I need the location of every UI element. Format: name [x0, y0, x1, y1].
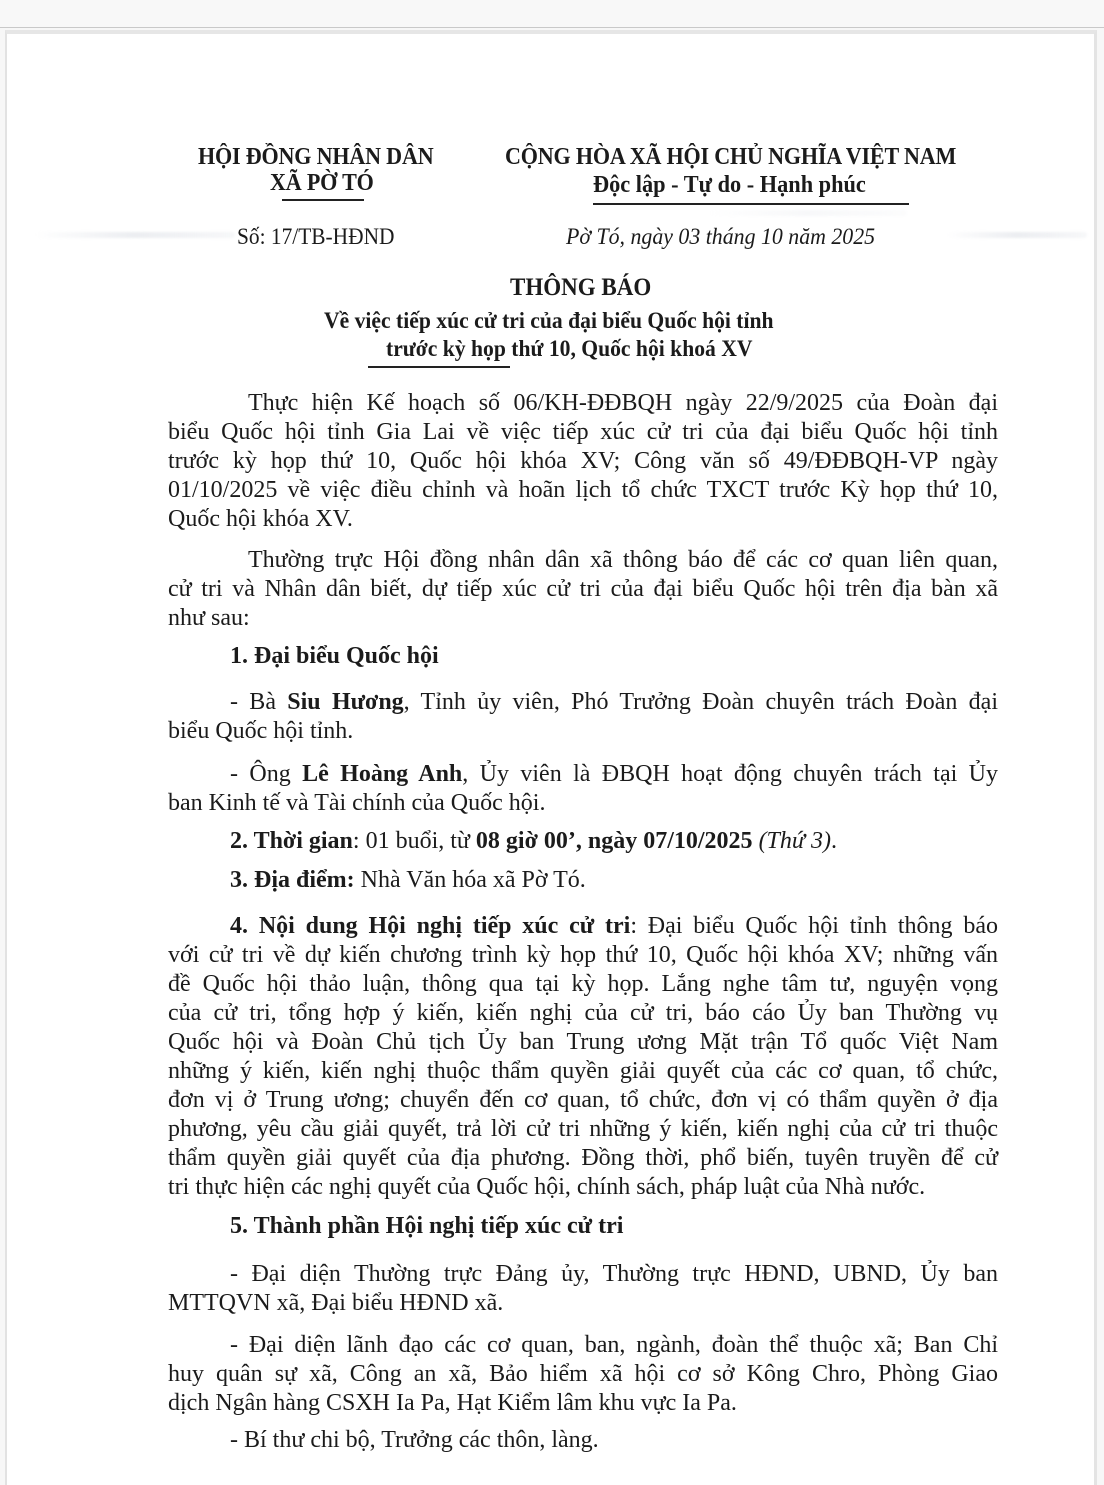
participant-line: dịch Ngân hàng CSXH Ia Pa, Hạt Kiểm lâm … — [168, 1389, 998, 1418]
section-2-time: 2. Thời gian: 01 buổi, từ 08 giờ 00’, ng… — [230, 828, 837, 855]
section-5-heading: 5. Thành phần Hội nghị tiếp xúc cử tri — [230, 1213, 623, 1240]
delegate-2-line2: ban Kinh tế và Tài chính của Quốc hội. — [168, 789, 998, 818]
meeting-location: Nhà Văn hóa xã Pờ Tó. — [355, 867, 586, 893]
section-1-heading: 1. Đại biểu Quốc hội — [230, 643, 439, 670]
national-motto: Độc lập - Tự do - Hạnh phúc — [593, 172, 866, 199]
section-4-line: đề Quốc hội thảo luận, thông qua tại kỳ … — [168, 970, 998, 999]
participant-group-1: - Đại diện Thường trực Đảng ủy, Thường t… — [168, 1260, 998, 1318]
delegate-name: Siu Hương — [287, 689, 403, 715]
viewer-top-bar — [0, 0, 1104, 28]
section-4-line: Quốc hội và Đoàn Chủ tịch Ủy ban Trung ư… — [168, 1028, 998, 1057]
delegate-title: - Ông — [230, 761, 302, 787]
document-title: THÔNG BÁO — [510, 274, 651, 302]
issuing-authority-line1: HỘI ĐỒNG NHÂN DÂN — [198, 144, 433, 171]
bleed-through-mark — [35, 232, 235, 238]
participant-line: - Đại diện lãnh đạo các cơ quan, ban, ng… — [168, 1331, 998, 1360]
notice-line: Thường trực Hội đồng nhân dân xã thông b… — [168, 546, 998, 575]
section-4-line: của cử tri, tổng hợp ý kiến, kiến nghị c… — [168, 999, 998, 1028]
notice-line: như sau: — [168, 604, 998, 633]
intro-line: biểu Quốc hội tỉnh Gia Lai về việc tiếp … — [168, 418, 998, 447]
section-4-line: những ý kiến, kiến nghị thuộc thẩm quyền… — [168, 1057, 998, 1086]
participant-line: MTTQVN xã, Đại biểu HĐND xã. — [168, 1289, 998, 1318]
section-4-line: tri thực hiện các nghị quyết của Quốc hộ… — [168, 1173, 998, 1202]
section-4-line1-text: : Đại biểu Quốc hội tỉnh thông báo — [630, 913, 998, 939]
section-1-heading-text: 1. Đại biểu Quốc hội — [230, 643, 439, 669]
section-5-heading-text: 5. Thành phần Hội nghị tiếp xúc cử tri — [230, 1213, 623, 1239]
place-and-date: Pờ Tó, ngày 03 tháng 10 năm 2025 — [566, 224, 875, 250]
document-number: Số: 17/TB-HĐND — [237, 224, 394, 250]
section-4-line: với cử tri về dự kiến chương trình kỳ họ… — [168, 941, 998, 970]
section-4-line: đơn vị ở Trung ương; chuyển đến cơ quan,… — [168, 1086, 998, 1115]
title-underline — [368, 366, 510, 368]
section-4-label: 4. Nội dung Hội nghị tiếp xúc cử tri — [230, 913, 630, 939]
participant-line: - Bí thư chi bộ, Trưởng các thôn, làng. — [168, 1426, 998, 1455]
participant-line: huy quân sự xã, Công an xã, Bảo hiểm xã … — [168, 1360, 998, 1389]
delegate-title: - Bà — [230, 689, 287, 715]
section-4-line: thẩm quyền giải quyết của địa phương. Đồ… — [168, 1144, 998, 1173]
bleed-through-mark — [947, 232, 1087, 238]
section-2-text: : 01 buổi, từ — [353, 828, 476, 854]
section-3-location: 3. Địa điểm: Nhà Văn hóa xã Pờ Tó. — [230, 867, 586, 894]
section-4-line: phương, yêu cầu giải quyết, trả lời cử t… — [168, 1115, 998, 1144]
notice-paragraph: Thường trực Hội đồng nhân dân xã thông b… — [168, 546, 998, 633]
participant-line: - Đại diện Thường trực Đảng ủy, Thường t… — [168, 1260, 998, 1289]
national-title: CỘNG HÒA XÃ HỘI CHỦ NGHĨA VIỆT NAM — [505, 144, 956, 171]
delegate-1: - Bà Siu Hương, Tỉnh ủy viên, Phó Trưởng… — [168, 688, 998, 746]
meeting-time: 08 giờ 00’, ngày 07/10/2025 — [476, 828, 753, 854]
intro-paragraph: Thực hiện Kế hoạch số 06/KH-ĐĐBQH ngày 2… — [168, 389, 998, 534]
bleed-through-mark — [707, 210, 907, 216]
notice-line: cử tri và Nhân dân biết, dự tiếp xúc cử … — [168, 575, 998, 604]
intro-line: trước kỳ họp thứ 10, Quốc hội khóa XV; C… — [168, 447, 998, 476]
section-4-content: 4. Nội dung Hội nghị tiếp xúc cử tri: Đạ… — [168, 912, 998, 1202]
delegate-name: Lê Hoàng Anh — [302, 761, 462, 787]
document-subtitle-line2: trước kỳ họp thứ 10, Quốc hội khoá XV — [386, 336, 752, 363]
motto-underline — [593, 203, 909, 205]
delegate-role: , Ủy viên là ĐBQH hoạt động chuyên trách… — [462, 761, 998, 787]
delegate-2-line1: - Ông Lê Hoàng Anh, Ủy viên là ĐBQH hoạt… — [168, 760, 998, 789]
delegate-1-line1: - Bà Siu Hương, Tỉnh ủy viên, Phó Trưởng… — [168, 688, 998, 717]
issuing-authority-line2: XÃ PỜ TÓ — [270, 170, 374, 197]
delegate-2: - Ông Lê Hoàng Anh, Ủy viên là ĐBQH hoạt… — [168, 760, 998, 818]
section-2-label: 2. Thời gian — [230, 828, 353, 854]
participant-group-3: - Bí thư chi bộ, Trưởng các thôn, làng. — [168, 1426, 998, 1455]
section-3-label: 3. Địa điểm: — [230, 867, 355, 893]
delegate-1-line2: biểu Quốc hội tỉnh. — [168, 717, 998, 746]
participant-group-2: - Đại diện lãnh đạo các cơ quan, ban, ng… — [168, 1331, 998, 1418]
authority-underline — [282, 199, 364, 201]
intro-line: Thực hiện Kế hoạch số 06/KH-ĐĐBQH ngày 2… — [168, 389, 998, 418]
document-subtitle-line1: Về việc tiếp xúc cử tri của đại biểu Quố… — [324, 308, 774, 335]
intro-line: 01/10/2025 về việc điều chỉnh và hoãn lị… — [168, 476, 998, 505]
intro-line: Quốc hội khóa XV. — [168, 505, 998, 534]
meeting-weekday: (Thứ 3) — [759, 828, 831, 854]
period: . — [831, 828, 837, 854]
section-4-line1: 4. Nội dung Hội nghị tiếp xúc cử tri: Đạ… — [168, 912, 998, 941]
delegate-role: , Tỉnh ủy viên, Phó Trưởng Đoàn chuyên t… — [404, 689, 998, 715]
